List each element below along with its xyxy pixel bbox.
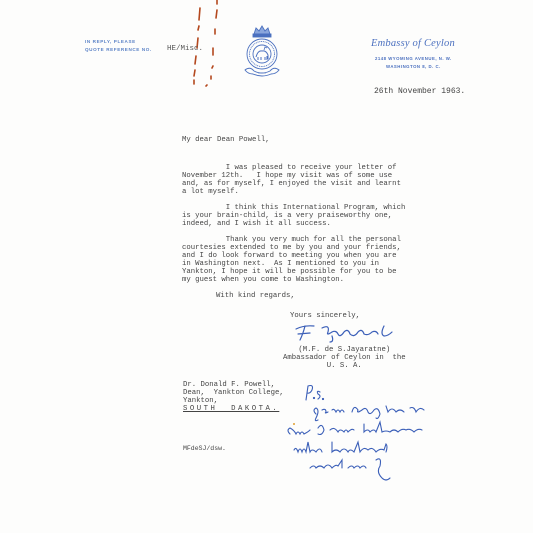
signer-title-line2: U. S. A. [327, 362, 362, 370]
body-paragraph-3: Thank you very much for all the personal… [182, 236, 401, 285]
embassy-address-line1: 2148 WYOMING AVENUE, N. W. [375, 56, 452, 61]
embassy-name: Embassy of Ceylon [371, 38, 455, 49]
salutation: My dear Dean Powell, [182, 136, 270, 144]
reference-label-line1: IN REPLY, PLEASE [85, 39, 136, 44]
addressee-line1: Dr. Donald F. Powell, [183, 381, 275, 389]
signer-block: (M.F. de S.Jayaratne) Ambassador of Ceyl… [283, 346, 406, 370]
complimentary-close: Yours sincerely, [290, 312, 360, 320]
closing-regards: With kind regards, [216, 292, 295, 300]
signer-name: (M.F. de S.Jayaratne) [298, 346, 390, 354]
addressee-block: Dr. Donald F. Powell, Dean, Yankton Coll… [183, 381, 284, 413]
addressee-line3: Yankton, [183, 397, 218, 405]
handwritten-postscript [282, 372, 432, 482]
reference-label-line2: QUOTE REFERENCE NO. [85, 47, 152, 52]
letter-page: IN REPLY, PLEASE QUOTE REFERENCE NO. HE/… [0, 0, 533, 533]
handwritten-signature [292, 320, 402, 344]
letter-date: 26th November 1963. [374, 87, 465, 96]
signer-title-line1: Ambassador of Ceylon in the [283, 354, 406, 362]
reference-number: HE/Misc. [167, 45, 203, 53]
addressee-line4: SOUTH DAKOTA. [183, 405, 279, 413]
embassy-address-line2: WASHINGTON 8, D. C. [386, 64, 441, 69]
body-paragraph-2: I think this International Program, whic… [182, 204, 405, 228]
embassy-crest-icon [240, 22, 284, 80]
reference-initials: MFdeSJ/dsw. [183, 445, 226, 453]
addressee-line2: Dean, Yankton College, [183, 389, 284, 397]
body-paragraph-1: I was pleased to receive your letter of … [182, 164, 401, 196]
